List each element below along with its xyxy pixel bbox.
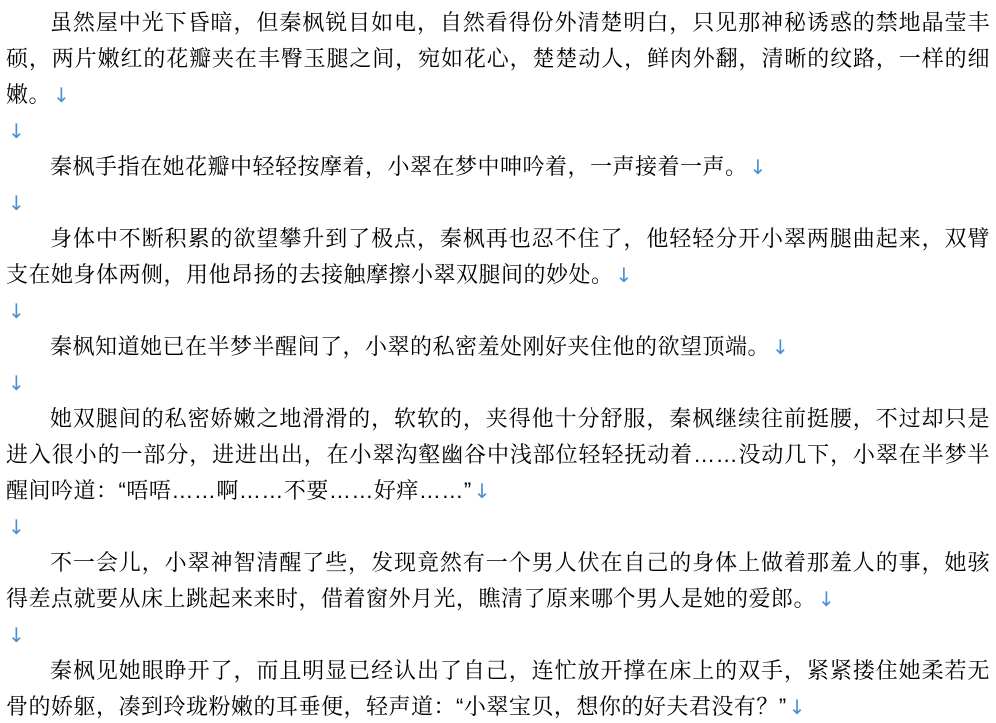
paragraph-mark-icon: ↓ <box>816 587 835 611</box>
paragraph-4[interactable]: 秦枫知道她已在半梦半醒间了，小翠的私密羞处刚好夹住他的欲望顶端。↓ <box>6 329 990 365</box>
paragraph-mark-icon: ↓ <box>6 299 25 323</box>
paragraph-4-text: 秦枫知道她已在半梦半醒间了，小翠的私密羞处刚好夹住他的欲望顶端。 <box>50 334 770 359</box>
paragraph-mark-icon: ↓ <box>6 515 25 539</box>
paragraph-3-text: 身体中不断积累的欲望攀升到了极点，秦枫再也忍不住了，他轻轻分开小翠两腿曲起来，双… <box>6 226 990 287</box>
paragraph-mark-icon: ↓ <box>6 119 25 143</box>
paragraph-7-text: 秦枫见她眼睁开了，而且明显已经认出了自己，连忙放开撑在床上的双手，紧紧搂住她柔若… <box>6 658 990 719</box>
paragraph-mark-icon: ↓ <box>6 191 25 215</box>
paragraph-mark-icon: ↓ <box>6 371 25 395</box>
paragraph-mark-icon: ↓ <box>770 335 789 359</box>
paragraph-mark-icon: ↓ <box>614 263 633 287</box>
paragraph-mark-icon: ↓ <box>748 155 767 179</box>
paragraph-1[interactable]: 虽然屋中光下昏暗，但秦枫锐目如电，自然看得份外清楚明白，只见那神秘诱惑的禁地晶莹… <box>6 5 990 113</box>
paragraph-1-text: 虽然屋中光下昏暗，但秦枫锐目如电，自然看得份外清楚明白，只见那神秘诱惑的禁地晶莹… <box>6 10 990 107</box>
paragraph-mark-icon: ↓ <box>472 479 491 503</box>
empty-line-4[interactable]: ↓ <box>6 365 990 401</box>
paragraph-2-text: 秦枫手指在她花瓣中轻轻按摩着，小翠在梦中呻吟着，一声接着一声。 <box>50 154 748 179</box>
document-body[interactable]: 虽然屋中光下昏暗，但秦枫锐目如电，自然看得份外清楚明白，只见那神秘诱惑的禁地晶莹… <box>0 0 996 723</box>
paragraph-7[interactable]: 秦枫见她眼睁开了，而且明显已经认出了自己，连忙放开撑在床上的双手，紧紧搂住她柔若… <box>6 653 990 723</box>
empty-line-1[interactable]: ↓ <box>6 113 990 149</box>
paragraph-mark-icon: ↓ <box>51 83 70 107</box>
paragraph-2[interactable]: 秦枫手指在她花瓣中轻轻按摩着，小翠在梦中呻吟着，一声接着一声。↓ <box>6 149 990 185</box>
paragraph-6[interactable]: 不一会儿，小翠神智清醒了些，发现竟然有一个男人伏在自己的身体上做着那羞人的事，她… <box>6 545 990 617</box>
paragraph-mark-icon: ↓ <box>6 623 25 647</box>
paragraph-mark-icon: ↓ <box>787 695 806 719</box>
paragraph-3[interactable]: 身体中不断积累的欲望攀升到了极点，秦枫再也忍不住了，他轻轻分开小翠两腿曲起来，双… <box>6 221 990 293</box>
empty-line-2[interactable]: ↓ <box>6 185 990 221</box>
empty-line-5[interactable]: ↓ <box>6 509 990 545</box>
paragraph-6-text: 不一会儿，小翠神智清醒了些，发现竟然有一个男人伏在自己的身体上做着那羞人的事，她… <box>6 550 990 611</box>
empty-line-3[interactable]: ↓ <box>6 293 990 329</box>
empty-line-6[interactable]: ↓ <box>6 617 990 653</box>
paragraph-5-text: 她双腿间的私密娇嫩之地滑滑的，软软的，夹得他十分舒服，秦枫继续往前挺腰，不过却只… <box>6 406 990 503</box>
paragraph-5[interactable]: 她双腿间的私密娇嫩之地滑滑的，软软的，夹得他十分舒服，秦枫继续往前挺腰，不过却只… <box>6 401 990 509</box>
